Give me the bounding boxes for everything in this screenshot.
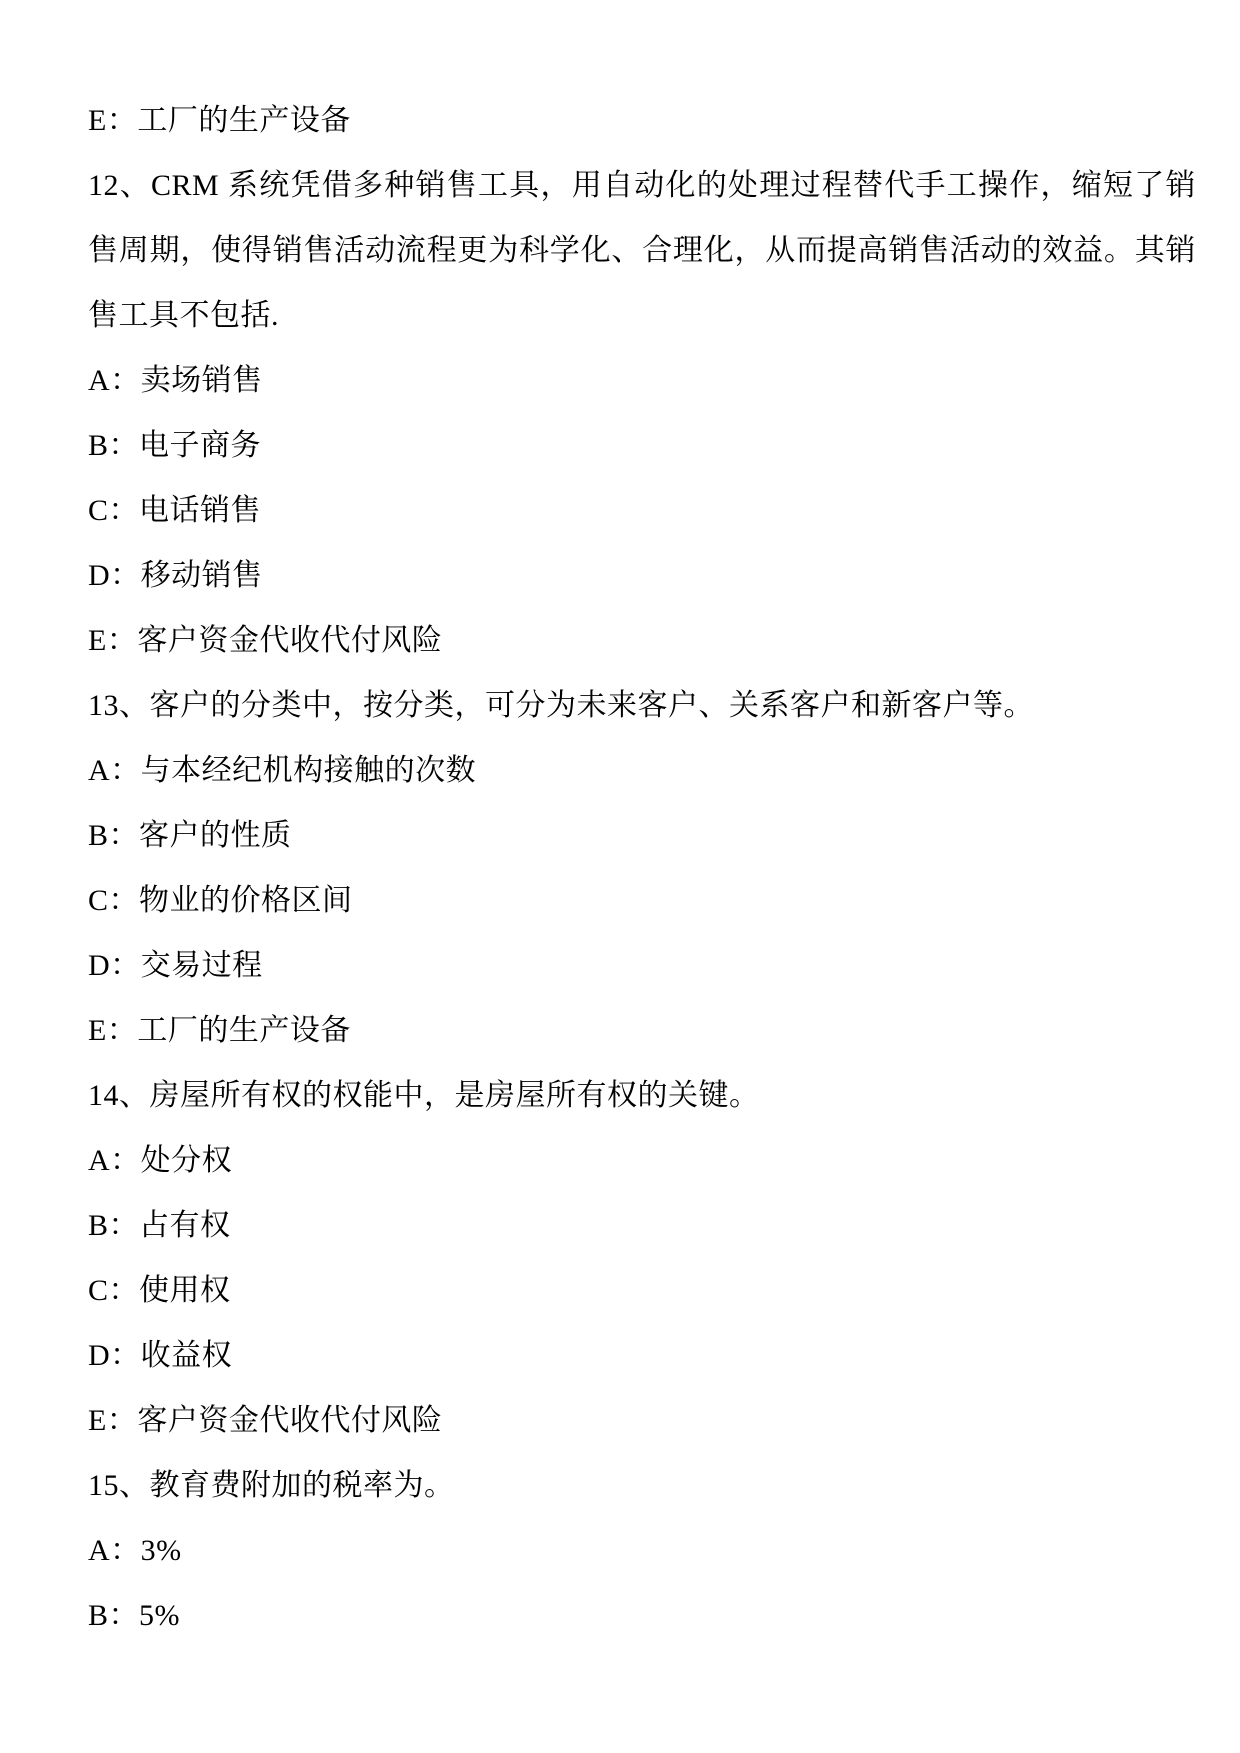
question-15-option-a: A：3% xyxy=(88,1518,1196,1583)
question-14-option-b: B：占有权 xyxy=(88,1193,1196,1258)
question-12-stem: 12、CRM 系统凭借多种销售工具，用自动化的处理过程替代手工操作，缩短了销售周… xyxy=(88,153,1196,348)
question-12: 12、CRM 系统凭借多种销售工具，用自动化的处理过程替代手工操作，缩短了销售周… xyxy=(88,153,1196,673)
question-13-option-d: D：交易过程 xyxy=(88,933,1196,998)
question-14-option-d: D：收益权 xyxy=(88,1323,1196,1388)
question-14: 14、房屋所有权的权能中，是房屋所有权的关键。 A：处分权 B：占有权 C：使用… xyxy=(88,1063,1196,1453)
question-13-option-e: E：工厂的生产设备 xyxy=(88,998,1196,1063)
question-14-option-e: E：客户资金代收代付风险 xyxy=(88,1388,1196,1453)
question-12-option-b: B：电子商务 xyxy=(88,413,1196,478)
question-15-option-b: B：5% xyxy=(88,1583,1196,1648)
question-14-option-a: A：处分权 xyxy=(88,1128,1196,1193)
question-12-option-c: C：电话销售 xyxy=(88,478,1196,543)
question-15-stem: 15、教育费附加的税率为。 xyxy=(88,1453,1196,1518)
question-13: 13、客户的分类中，按分类，可分为未来客户、关系客户和新客户等。 A：与本经纪机… xyxy=(88,673,1196,1063)
question-13-option-a: A：与本经纪机构接触的次数 xyxy=(88,738,1196,803)
question-12-option-a: A：卖场销售 xyxy=(88,348,1196,413)
question-12-option-e: E：客户资金代收代付风险 xyxy=(88,608,1196,673)
orphan-option-line: E：工厂的生产设备 xyxy=(88,88,1196,153)
question-14-stem: 14、房屋所有权的权能中，是房屋所有权的关键。 xyxy=(88,1063,1196,1128)
question-13-option-b: B：客户的性质 xyxy=(88,803,1196,868)
question-13-option-c: C：物业的价格区间 xyxy=(88,868,1196,933)
question-15: 15、教育费附加的税率为。 A：3% B：5% xyxy=(88,1453,1196,1648)
document-page: E：工厂的生产设备 12、CRM 系统凭借多种销售工具，用自动化的处理过程替代手… xyxy=(0,0,1240,1753)
question-12-option-d: D：移动销售 xyxy=(88,543,1196,608)
question-14-option-c: C：使用权 xyxy=(88,1258,1196,1323)
exam-content: E：工厂的生产设备 12、CRM 系统凭借多种销售工具，用自动化的处理过程替代手… xyxy=(88,88,1196,1648)
question-13-stem: 13、客户的分类中，按分类，可分为未来客户、关系客户和新客户等。 xyxy=(88,673,1196,738)
